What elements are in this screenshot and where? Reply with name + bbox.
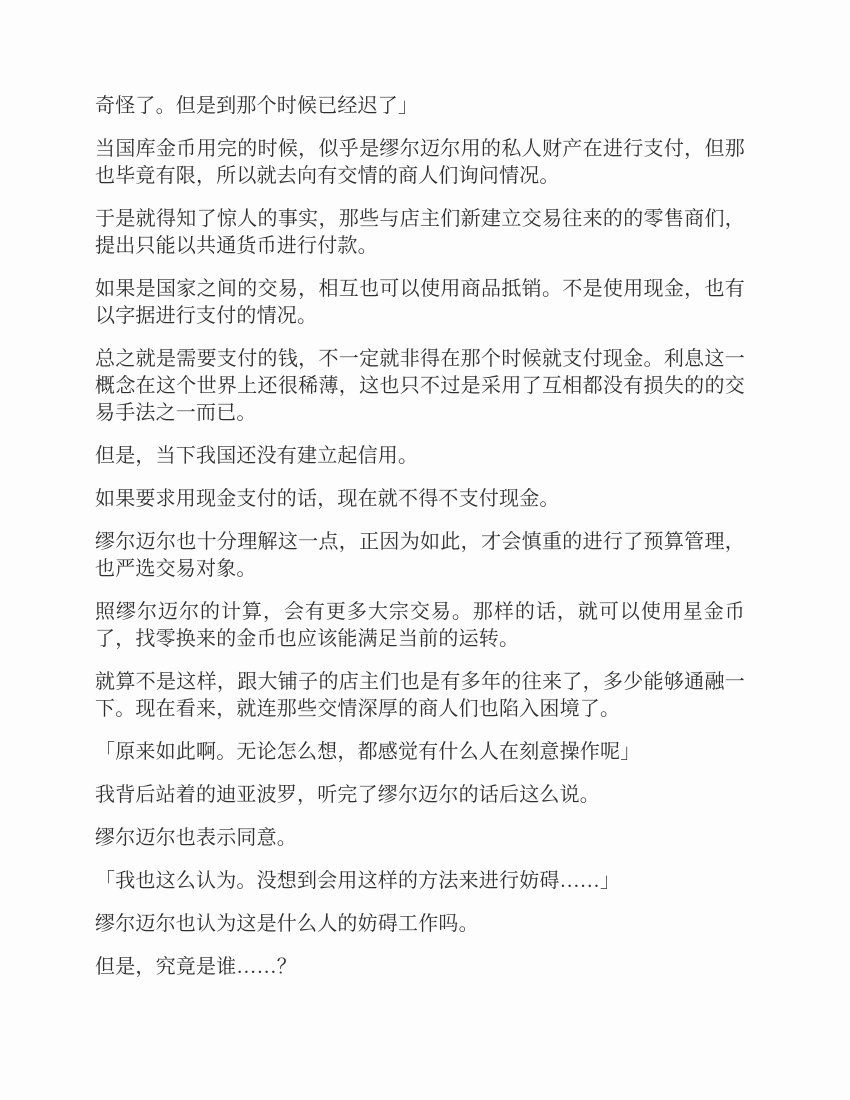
paragraph: 就算不是这样，跟大铺子的店主们也是有多年的往来了，多少能够通融一下。现在看来，就… bbox=[95, 669, 745, 723]
paragraph: 于是就得知了惊人的事实，那些与店主们新建立交易往来的的零售商们，提出只能以共通货… bbox=[95, 206, 745, 260]
paragraph: 缪尔迈尔也表示同意。 bbox=[95, 825, 745, 852]
paragraph: 如果要求用现金支付的话，现在就不得不支付现金。 bbox=[95, 486, 745, 513]
text-content: 奇怪了。但是到那个时候已经迟了」 当国库金币用完的时候，似乎是缪尔迈尔用的私人财… bbox=[95, 93, 745, 981]
paragraph: 我背后站着的迪亚波罗，听完了缪尔迈尔的话后这么说。 bbox=[95, 782, 745, 809]
paragraph: 照缪尔迈尔的计算，会有更多大宗交易。那样的话，就可以使用星金币了，找零换来的金币… bbox=[95, 599, 745, 653]
paragraph: 当国库金币用完的时候，似乎是缪尔迈尔用的私人财产在进行支付，但那也毕竟有限，所以… bbox=[95, 136, 745, 190]
paragraph: 但是，究竟是谁……？ bbox=[95, 954, 745, 981]
paragraph: 但是，当下我国还没有建立起信用。 bbox=[95, 443, 745, 470]
dialogue-paragraph: 「我也这么认为。没想到会用这样的方法来进行妨碍……」 bbox=[95, 868, 745, 895]
dialogue-paragraph: 「原来如此啊。无论怎么想，都感觉有什么人在刻意操作呢」 bbox=[95, 739, 745, 766]
paragraph: 缪尔迈尔也认为这是什么人的妨碍工作吗。 bbox=[95, 911, 745, 938]
novel-page: 奇怪了。但是到那个时候已经迟了」 当国库金币用完的时候，似乎是缪尔迈尔用的私人财… bbox=[0, 0, 850, 1100]
paragraph: 缪尔迈尔也十分理解这一点，正因为如此，才会慎重的进行了预算管理，也严选交易对象。 bbox=[95, 529, 745, 583]
paragraph: 如果是国家之间的交易，相互也可以使用商品抵销。不是使用现金，也有以字据进行支付的… bbox=[95, 276, 745, 330]
paragraph: 总之就是需要支付的钱，不一定就非得在那个时候就支付现金。利息这一概念在这个世界上… bbox=[95, 346, 745, 427]
paragraph: 奇怪了。但是到那个时候已经迟了」 bbox=[95, 93, 745, 120]
